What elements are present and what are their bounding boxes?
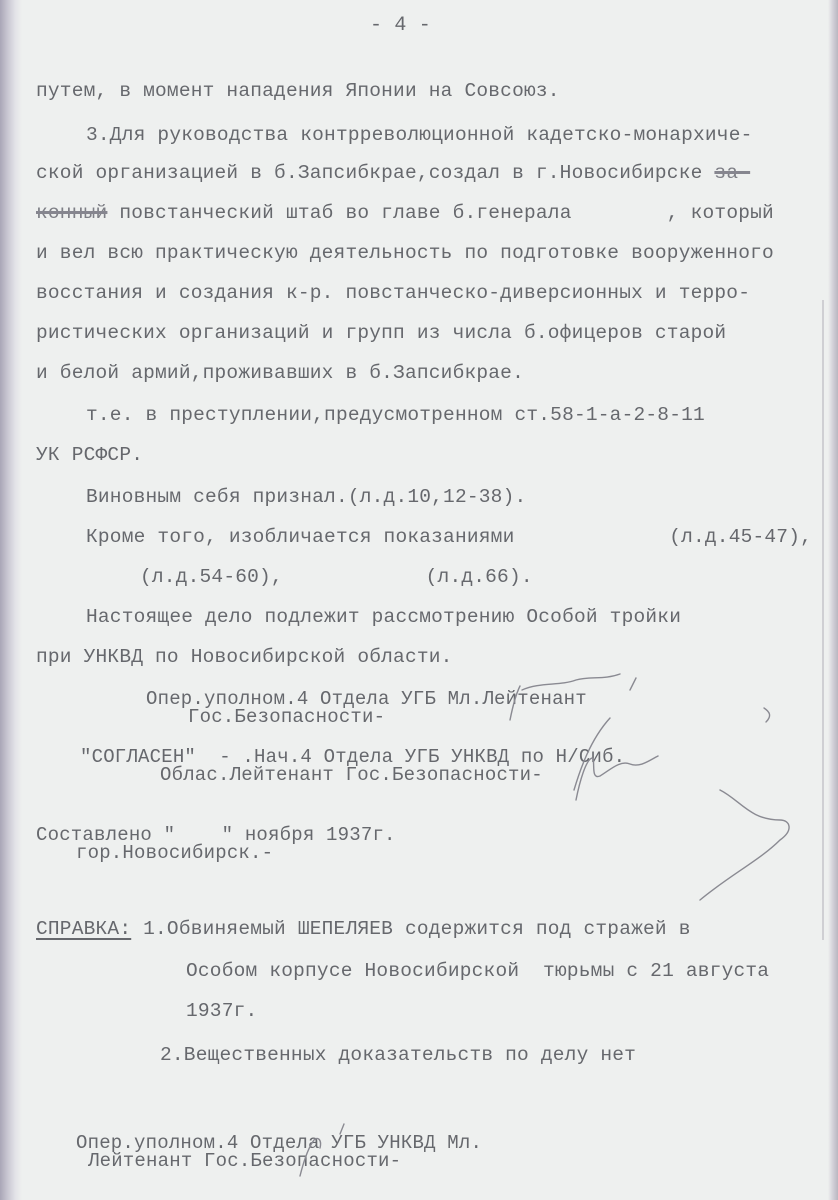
text-line: Настоящее дело подлежит рассмотрению Осо… [86, 606, 681, 628]
text-fragment: ской организацией в б.Запсибкрае,создал … [36, 162, 714, 184]
struck-text: за- [714, 162, 750, 184]
text-line: Виновным себя признал.(л.д.10,12-38). [86, 486, 526, 508]
signature-title: Гос.Безопасности- [188, 706, 385, 728]
text-line: (л.д.54-60), (л.д.66). [140, 566, 533, 588]
text-line: ской организацией в б.Запсибкрае,создал … [36, 162, 750, 184]
text-line: УК РСФСР. [36, 444, 143, 466]
final-signature-title: Лейтенант Гос.Безопасности- [88, 1150, 401, 1172]
text-fragment: повстанческий штаб во главе б.генерала ,… [107, 202, 774, 224]
reference-line: СПРАВКА: 1.Обвиняемый ШЕПЕЛЯЕВ содержитс… [36, 918, 691, 940]
text-line: 3.Для руководства контрреволюционной кад… [86, 124, 753, 146]
scan-edge-right [828, 0, 838, 1200]
text-fragment: 1.Обвиняемый ШЕПЕЛЯЕВ содержится под стр… [131, 918, 690, 940]
text-line: ристических организаций и групп из числа… [36, 322, 726, 344]
text-line: 1937г. [186, 1000, 257, 1022]
text-line: при УНКВД по Новосибирской области. [36, 646, 453, 668]
scan-fold-line [822, 300, 824, 940]
document-page: - 4 - путем, в момент нападения Японии н… [0, 0, 838, 1200]
struck-text: конный [36, 202, 107, 224]
text-line: и белой армий,проживавших в б.Запсибкрае… [36, 362, 524, 384]
text-line: Особом корпусе Новосибирской тюрьмы с 21… [186, 960, 769, 982]
text-line: путем, в момент нападения Японии на Совс… [36, 80, 560, 102]
scan-edge-left [0, 0, 22, 1200]
text-line: Кроме того, изобличается показаниями (л.… [86, 526, 812, 548]
page-number: - 4 - [370, 14, 431, 37]
text-line: восстания и создания к-р. повстанческо-д… [36, 282, 750, 304]
reference-label: СПРАВКА: [36, 918, 131, 940]
compiled-place: гор.Новосибирск.- [76, 842, 273, 864]
approval-title: Облас.Лейтенант Гос.Безопасности- [160, 764, 543, 786]
text-line: и вел всю практическую деятельность по п… [36, 242, 774, 264]
text-line: т.е. в преступлении,предусмотренном ст.5… [86, 404, 705, 426]
text-line: 2.Вещественных доказательств по делу нет [160, 1044, 636, 1066]
text-line: конный повстанческий штаб во главе б.ген… [36, 202, 774, 224]
